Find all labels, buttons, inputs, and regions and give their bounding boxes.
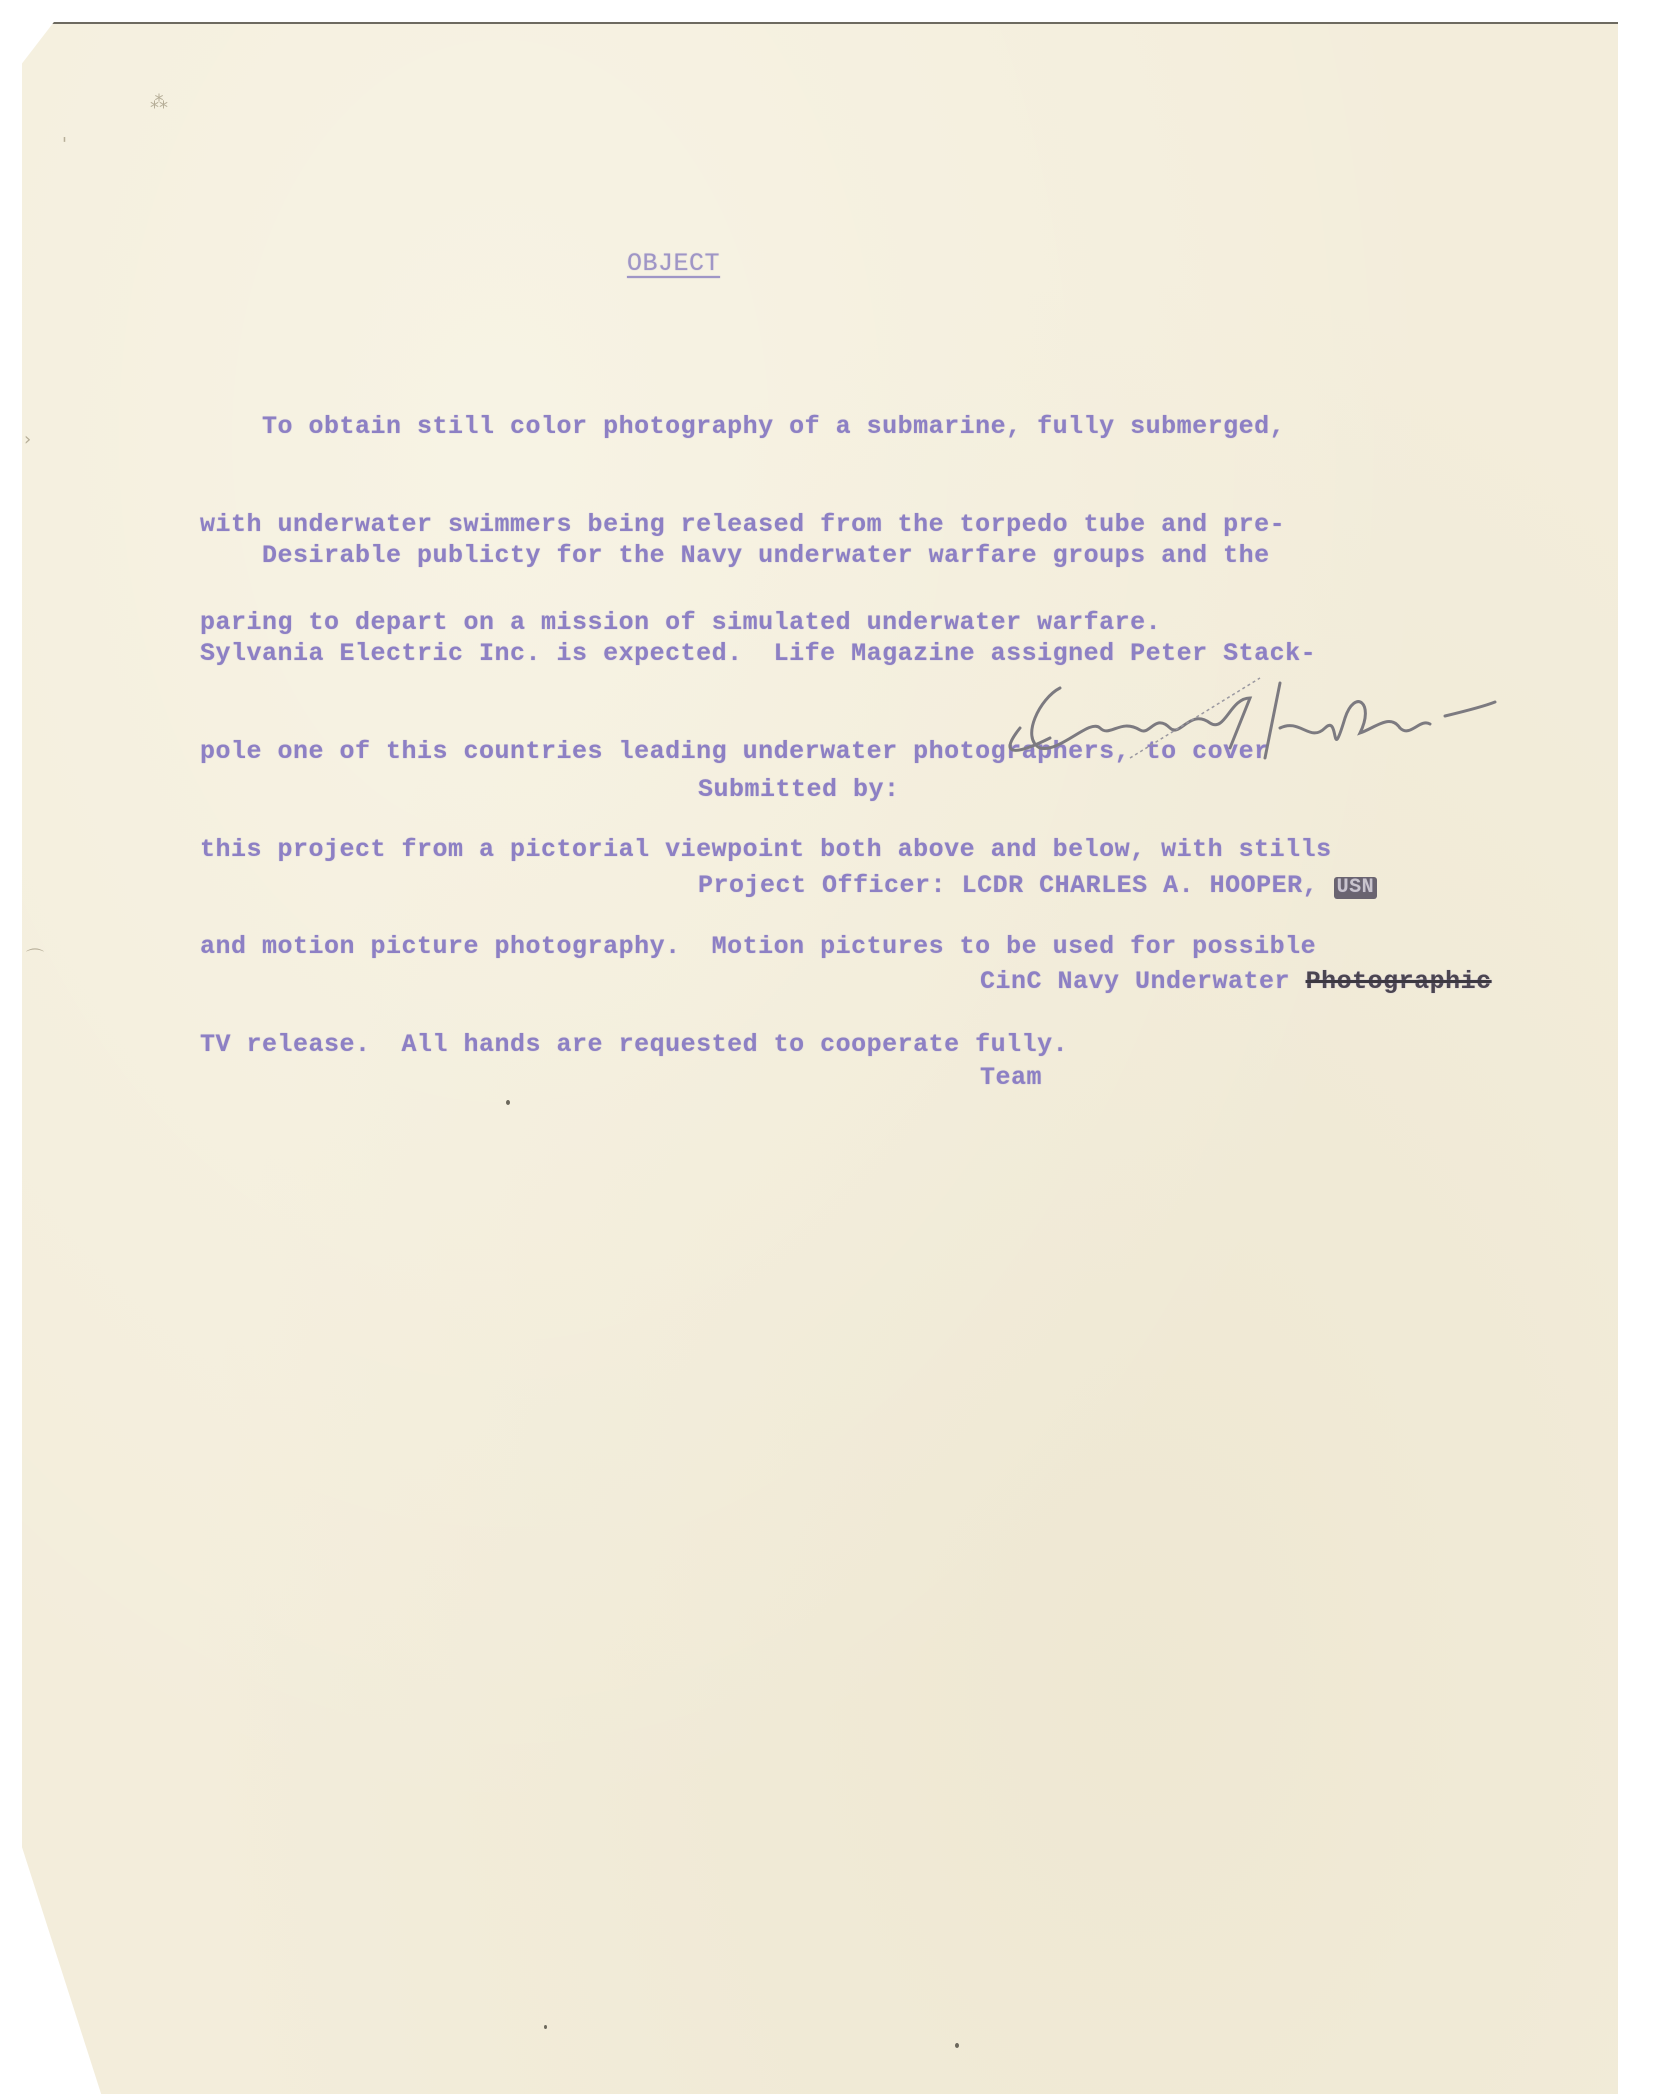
paper-blemish: '	[62, 134, 67, 155]
paper-blemish: ›	[24, 429, 31, 450]
project-officer-label: Project Officer:	[698, 871, 946, 900]
paper-blemish: ⌒	[26, 944, 44, 970]
paragraph-line: To obtain still color photography of a s…	[200, 411, 1285, 444]
signature-block: Submitted by: Project Officer: LCDR CHAR…	[698, 710, 1492, 1126]
paper-speck	[544, 2025, 547, 2029]
unit-name: CinC Navy Underwater	[980, 967, 1290, 996]
paper-blemish: ⁂	[150, 92, 168, 113]
unit-line: CinC Navy Underwater Photographic	[698, 966, 1492, 998]
submitted-by-label: Submitted by:	[698, 774, 1492, 806]
officer-name: LCDR CHARLES A. HOOPER,	[962, 871, 1319, 900]
paper-speck	[955, 2043, 959, 2048]
struck-word: Photographic	[1306, 967, 1492, 996]
officer-service-stamp: USN	[1334, 877, 1378, 899]
unit-line-2: Team	[698, 1062, 1492, 1094]
project-officer-line: Project Officer: LCDR CHARLES A. HOOPER,…	[698, 870, 1492, 902]
document-heading: OBJECT	[627, 249, 720, 278]
paper-speck	[506, 1100, 510, 1105]
paragraph-line: Desirable publicty for the Navy underwat…	[200, 540, 1332, 573]
